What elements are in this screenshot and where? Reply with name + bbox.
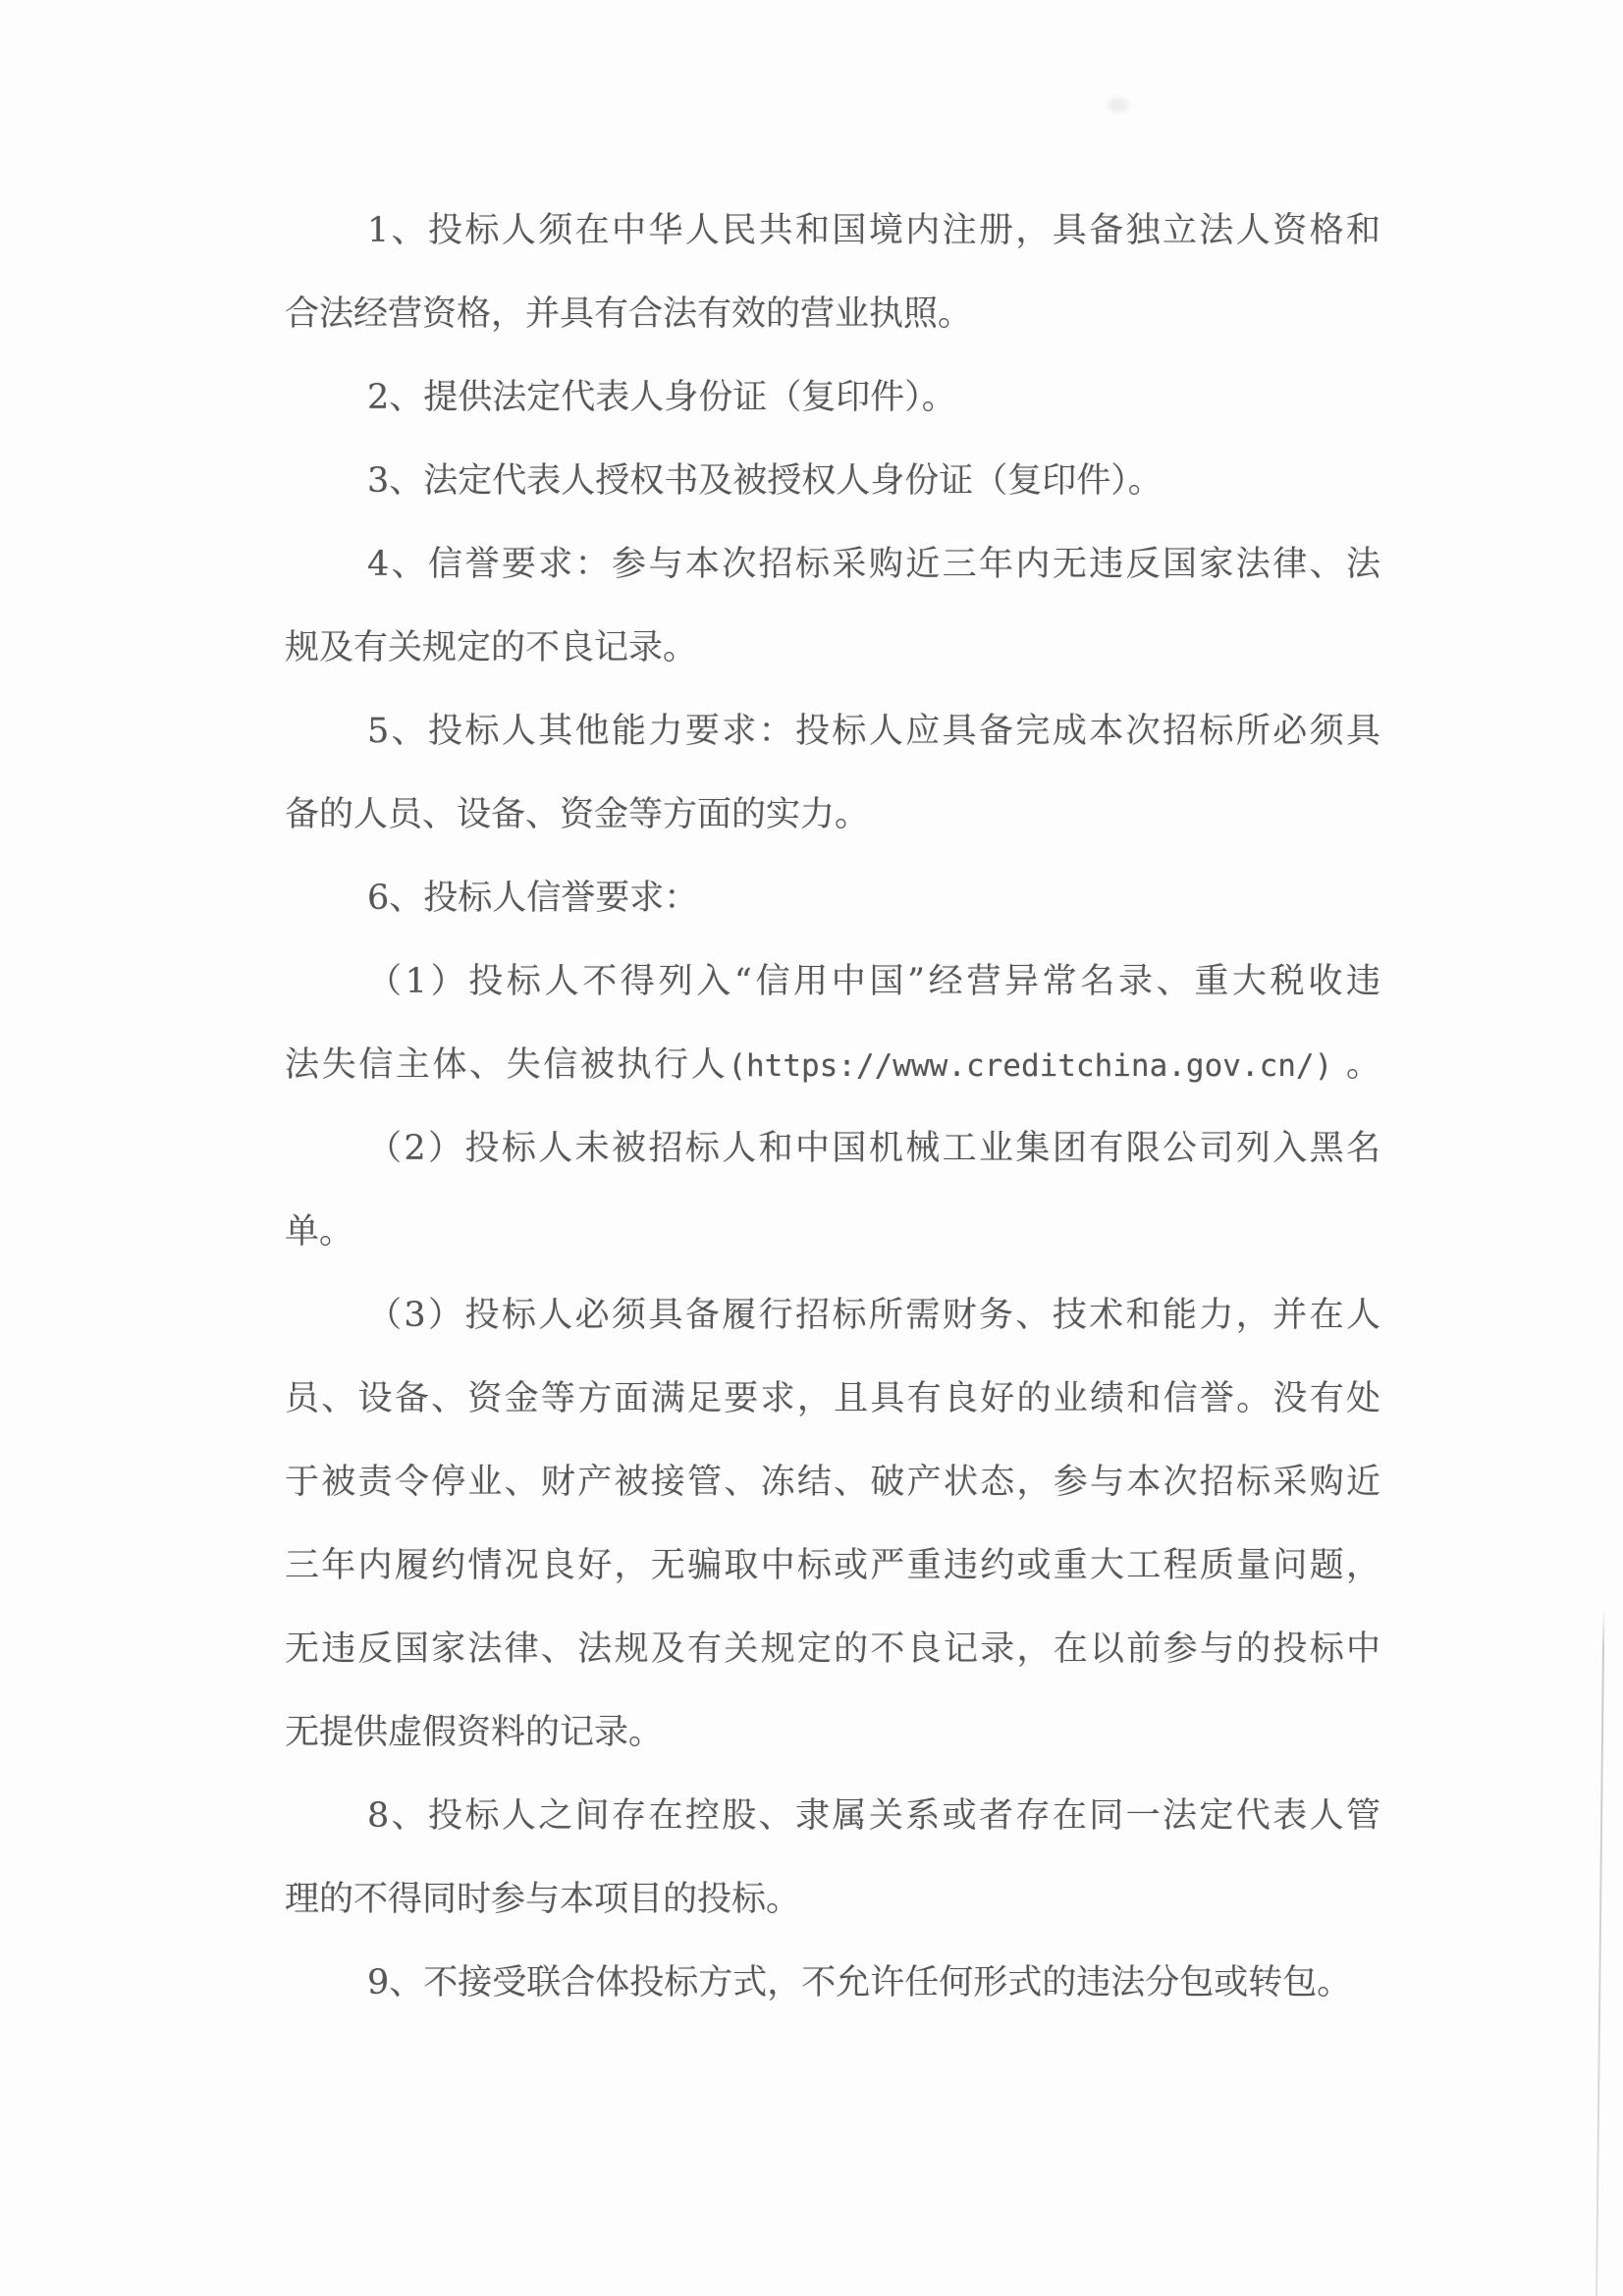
text-line: 三年内履约情况良好，无骗取中标或严重违约或重大工程质量问题， [285, 1524, 1380, 1608]
text-segment: 无违反国家法律、法规及有关规定的不良记录，在以前参与的投标中 [285, 1629, 1380, 1669]
document-body: 1、投标人须在中华人民共和国境内注册，具备独立法人资格和合法经营资格，并具有合法… [285, 189, 1380, 2025]
text-line: 理的不得同时参与本项目的投标。 [285, 1858, 1380, 1942]
text-segment: 3、法定代表人授权书及被授权人身份证（复印件）。 [367, 461, 1163, 501]
text-line: 2、提供法定代表人身份证（复印件）。 [285, 356, 1380, 440]
text-segment: （3）投标人必须具备履行招标所需财务、技术和能力，并在人 [367, 1296, 1380, 1335]
text-segment: 2、提供法定代表人身份证（复印件）。 [367, 378, 956, 417]
text-segment: 1、投标人须在中华人民共和国境内注册，具备独立法人资格和 [367, 211, 1380, 250]
text-line: 4、信誉要求：参与本次招标采购近三年内无违反国家法律、法 [285, 523, 1380, 607]
text-line: 员、设备、资金等方面满足要求，且具有良好的业绩和信誉。没有处 [285, 1358, 1380, 1441]
text-line: （3）投标人必须具备履行招标所需财务、技术和能力，并在人 [285, 1274, 1380, 1358]
text-line: （2）投标人未被招标人和中国机械工业集团有限公司列入黑名 [285, 1107, 1380, 1191]
text-line: 1、投标人须在中华人民共和国境内注册，具备独立法人资格和 [285, 189, 1380, 273]
scan-artifact-line [1596, 1608, 1604, 2296]
text-line: 8、投标人之间存在控股、隶属关系或者存在同一法定代表人管 [285, 1775, 1380, 1858]
text-segment: 4、信誉要求：参与本次招标采购近三年内无违反国家法律、法 [367, 545, 1380, 584]
scan-smudge-artifact [1108, 98, 1129, 112]
text-line: 合法经营资格，并具有合法有效的营业执照。 [285, 273, 1380, 356]
scanned-document-page: 1、投标人须在中华人民共和国境内注册，具备独立法人资格和合法经营资格，并具有合法… [0, 0, 1623, 2296]
text-line: （1）投标人不得列入“信用中国”经营异常名录、重大税收违 [285, 940, 1380, 1024]
text-segment: （2）投标人未被招标人和中国机械工业集团有限公司列入黑名 [367, 1129, 1380, 1168]
text-line: 无违反国家法律、法规及有关规定的不良记录，在以前参与的投标中 [285, 1608, 1380, 1691]
text-line: 无提供虚假资料的记录。 [285, 1691, 1380, 1775]
text-line: 9、不接受联合体投标方式，不允许任何形式的违法分包或转包。 [285, 1942, 1380, 2025]
text-segment: 9、不接受联合体投标方式，不允许任何形式的违法分包或转包。 [367, 1963, 1351, 2002]
url-text: (https://www.creditchina.gov.cn/) [728, 1048, 1332, 1084]
text-segment: 。 [1332, 1045, 1380, 1085]
text-segment: 三年内履约情况良好，无骗取中标或严重违约或重大工程质量问题， [285, 1546, 1380, 1585]
text-segment: 无提供虚假资料的记录。 [285, 1713, 663, 1752]
text-segment: 理的不得同时参与本项目的投标。 [285, 1880, 800, 1919]
text-segment: （1）投标人不得列入“信用中国”经营异常名录、重大税收违 [367, 962, 1380, 1001]
text-line: 单。 [285, 1191, 1380, 1274]
text-line: 6、投标人信誉要求： [285, 857, 1380, 940]
text-segment: 于被责令停业、财产被接管、冻结、破产状态，参与本次招标采购近 [285, 1463, 1380, 1502]
text-segment: 规及有关规定的不良记录。 [285, 628, 697, 667]
text-line: 备的人员、设备、资金等方面的实力。 [285, 774, 1380, 857]
text-segment: 8、投标人之间存在控股、隶属关系或者存在同一法定代表人管 [367, 1796, 1380, 1836]
text-segment: 法失信主体、失信被执行人 [285, 1045, 728, 1085]
text-segment: 6、投标人信誉要求： [367, 879, 698, 918]
text-segment: 员、设备、资金等方面满足要求，且具有良好的业绩和信誉。没有处 [285, 1379, 1380, 1418]
text-line: 3、法定代表人授权书及被授权人身份证（复印件）。 [285, 440, 1380, 523]
text-segment: 合法经营资格，并具有合法有效的营业执照。 [285, 294, 972, 334]
text-line: 5、投标人其他能力要求：投标人应具备完成本次招标所必须具 [285, 690, 1380, 774]
text-line: 法失信主体、失信被执行人(https://www.creditchina.gov… [285, 1024, 1380, 1107]
text-segment: 单。 [285, 1212, 353, 1252]
text-segment: 5、投标人其他能力要求：投标人应具备完成本次招标所必须具 [367, 712, 1380, 751]
text-segment: 备的人员、设备、资金等方面的实力。 [285, 795, 869, 834]
text-line: 于被责令停业、财产被接管、冻结、破产状态，参与本次招标采购近 [285, 1441, 1380, 1524]
text-line: 规及有关规定的不良记录。 [285, 607, 1380, 690]
